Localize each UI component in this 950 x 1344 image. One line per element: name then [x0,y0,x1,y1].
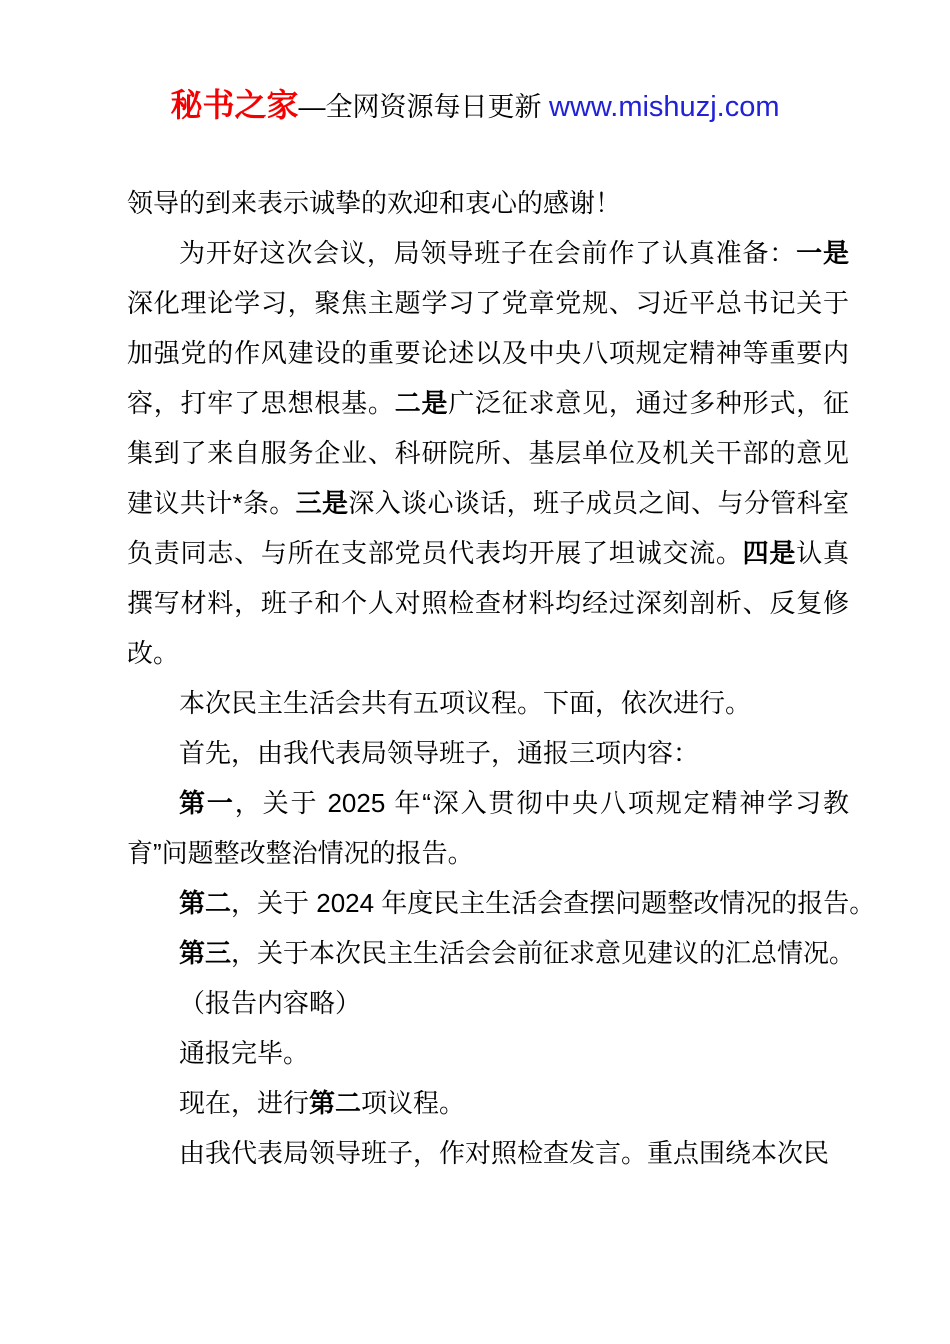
text-line: 改。 [127,628,849,678]
text-line: 深化理论学习，聚焦主题学习了党章党规、习近平总书记关于 [127,278,849,328]
text-run: 由我代表局领导班子，作对照检查发言。重点围绕本次民 [179,1138,829,1168]
bold-text-run: 第一 [179,788,235,818]
bold-text-run: 第二 [309,1088,361,1118]
text-run: 广泛征求意见，通过多种形式，征 [448,388,849,418]
document-page: 秘书之家—全网资源每日更新 www.mishuzj.com 领导的到来表示诚挚的… [0,0,950,1344]
text-run: 认真 [796,538,849,568]
site-header: 秘书之家—全网资源每日更新 www.mishuzj.com [0,82,950,128]
bold-text-run: 第三 [179,938,231,968]
text-line: 领导的到来表示诚挚的欢迎和衷心的感谢！ [127,178,849,228]
text-run: 改。 [127,638,179,668]
document-body: 领导的到来表示诚挚的欢迎和衷心的感谢！为开好这次会议，局领导班子在会前作了认真准… [127,178,849,1178]
bold-text-run: 二是 [395,388,449,418]
bold-text-run: 一是 [796,238,849,268]
text-run: 领导的到来表示诚挚的欢迎和衷心的感谢！ [127,188,621,218]
text-line: 加强党的作风建设的重要论述以及中央八项规定精神等重要内 [127,328,849,378]
bold-text-run: 四是 [743,538,797,568]
site-url: www.mishuzj.com [549,91,779,123]
text-line: 由我代表局领导班子，作对照检查发言。重点围绕本次民 [127,1128,849,1178]
text-run: 建议共计*条。 [127,488,296,518]
text-run: 现在，进行 [179,1088,309,1118]
text-run: 本次民主生活会共有五项议程。下面，依次进行。 [179,688,751,718]
text-run: 容，打牢了思想根基。 [127,388,395,418]
text-run: 撰写材料，班子和个人对照检查材料均经过深刻剖析、反复修 [127,588,849,618]
bold-text-run: 第二 [179,888,231,918]
text-line: 容，打牢了思想根基。二是广泛征求意见，通过多种形式，征 [127,378,849,428]
text-line: 通报完毕。 [127,1028,849,1078]
bold-text-run: 三是 [296,488,349,518]
text-line: （报告内容略） [127,978,849,1028]
text-run: ，关于 2024 年度民主生活会查摆问题整改情况的报告。 [231,888,875,918]
text-line: 第三，关于本次民主生活会会前征求意见建议的汇总情况。 [127,928,849,978]
text-line: 撰写材料，班子和个人对照检查材料均经过深刻剖析、反复修 [127,578,849,628]
text-run: 通报完毕。 [179,1038,309,1068]
text-run: 深入谈心谈话，班子成员之间、与分管科室 [348,488,849,518]
text-line: 育”问题整改整治情况的报告。 [127,828,849,878]
text-run: 育”问题整改整治情况的报告。 [127,838,474,868]
text-run: 集到了来自服务企业、科研院所、基层单位及机关干部的意见 [127,438,849,468]
text-line: 集到了来自服务企业、科研院所、基层单位及机关干部的意见 [127,428,849,478]
text-line: 首先，由我代表局领导班子，通报三项内容： [127,728,849,778]
text-run: ，关于 2025 年“深入贯彻中央八项规定精神学习教 [235,788,849,818]
text-run: ，关于本次民主生活会会前征求意见建议的汇总情况。 [231,938,855,968]
text-run: 加强党的作风建设的重要论述以及中央八项规定精神等重要内 [127,338,849,368]
text-line: 现在，进行第二项议程。 [127,1078,849,1128]
text-line: 第二，关于 2024 年度民主生活会查摆问题整改情况的报告。 [127,878,849,928]
text-run: 首先，由我代表局领导班子，通报三项内容： [179,738,699,768]
text-line: 为开好这次会议，局领导班子在会前作了认真准备：一是 [127,228,849,278]
text-line: 第一，关于 2025 年“深入贯彻中央八项规定精神学习教 [127,778,849,828]
text-line: 本次民主生活会共有五项议程。下面，依次进行。 [127,678,849,728]
text-line: 建议共计*条。三是深入谈心谈话，班子成员之间、与分管科室 [127,478,849,528]
site-brand-name: 秘书之家 [171,87,299,123]
text-run: 负责同志、与所在支部党员代表均开展了坦诚交流。 [127,538,743,568]
text-run: 为开好这次会议，局领导班子在会前作了认真准备： [179,238,796,268]
text-run: 深化理论学习，聚焦主题学习了党章党规、习近平总书记关于 [127,288,849,318]
text-run: （报告内容略） [179,988,361,1018]
text-run: 项议程。 [361,1088,465,1118]
text-line: 负责同志、与所在支部党员代表均开展了坦诚交流。四是认真 [127,528,849,578]
site-tagline: —全网资源每日更新 [299,92,550,122]
